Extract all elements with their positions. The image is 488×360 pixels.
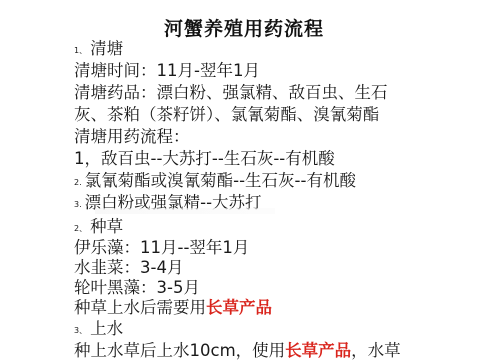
step-number: 3. <box>74 200 82 209</box>
faint-artifact <box>95 208 275 214</box>
clear-pond-time-label: 清塘时间： <box>74 61 157 80</box>
clear-pond-drugs: 清塘药品：漂白粉、强氯精、敌百虫、生石 <box>74 83 388 103</box>
clear-pond-drugs-line2: 灰、茶粕（茶籽饼）、氯氰菊酯、溴氰菊酯 <box>74 105 379 125</box>
step-text: 敌百虫--大苏打--生石灰--有机酸 <box>101 149 335 168</box>
clear-pond-process-label: 清塘用药流程： <box>74 127 190 147</box>
plant-note: 种草上水后需要用长草产品 <box>74 298 272 318</box>
plant-value: 3-4月 <box>140 258 183 277</box>
clear-pond-time-value: 11月-翌年1月 <box>157 61 260 80</box>
section3-title: 上水 <box>90 319 123 338</box>
product-highlight: 长草产品 <box>206 298 272 317</box>
plant-value: 11月--翌年1月 <box>140 238 249 257</box>
section3-number: 3、 <box>74 326 87 335</box>
step-text: 氯氰菊酯或溴氰菊酯--生石灰--有机酸 <box>85 171 356 190</box>
step-number: 2. <box>74 178 82 187</box>
section1-number: 1、 <box>74 46 87 55</box>
clear-pond-time: 清塘时间：11月-翌年1月 <box>74 61 260 81</box>
clear-pond-drugs-line1: 漂白粉、强氯精、敌百虫、生石 <box>157 83 388 102</box>
plant-item: 伊乐藻：11月--翌年1月 <box>74 238 249 258</box>
section3-text: 种上水草后上水10cm，使用 <box>74 341 285 360</box>
document-title: 河蟹养殖用药流程 <box>0 14 488 41</box>
section2-title: 种草 <box>90 217 123 236</box>
plant-item: 水韭菜：3-4月 <box>74 258 183 278</box>
plant-value: 3-5月 <box>157 278 200 297</box>
plant-note-text: 种草上水后需要用 <box>74 298 206 317</box>
section3-body: 种上水草后上水10cm，使用长草产品，水草 <box>74 341 401 360</box>
plant-label: 水韭菜： <box>74 258 140 277</box>
plant-label: 轮叶黑藻： <box>74 278 157 297</box>
clear-pond-drugs-label: 清塘药品： <box>74 83 157 102</box>
process-step: 1，敌百虫--大苏打--生石灰--有机酸 <box>74 149 335 169</box>
section2-heading: 2、种草 <box>74 217 123 239</box>
section3-heading: 3、上水 <box>74 319 123 341</box>
product-highlight: 长草产品 <box>285 341 351 360</box>
section3-text-suffix: ，水草 <box>351 341 401 360</box>
process-step: 2.氯氰菊酯或溴氰菊酯--生石灰--有机酸 <box>74 171 356 193</box>
step-number: 1， <box>74 149 101 168</box>
section1-heading: 1、清塘 <box>74 39 123 61</box>
plant-item: 轮叶黑藻：3-5月 <box>74 278 200 298</box>
plant-label: 伊乐藻： <box>74 238 140 257</box>
section2-number: 2、 <box>74 224 87 233</box>
section1-title: 清塘 <box>90 39 123 58</box>
